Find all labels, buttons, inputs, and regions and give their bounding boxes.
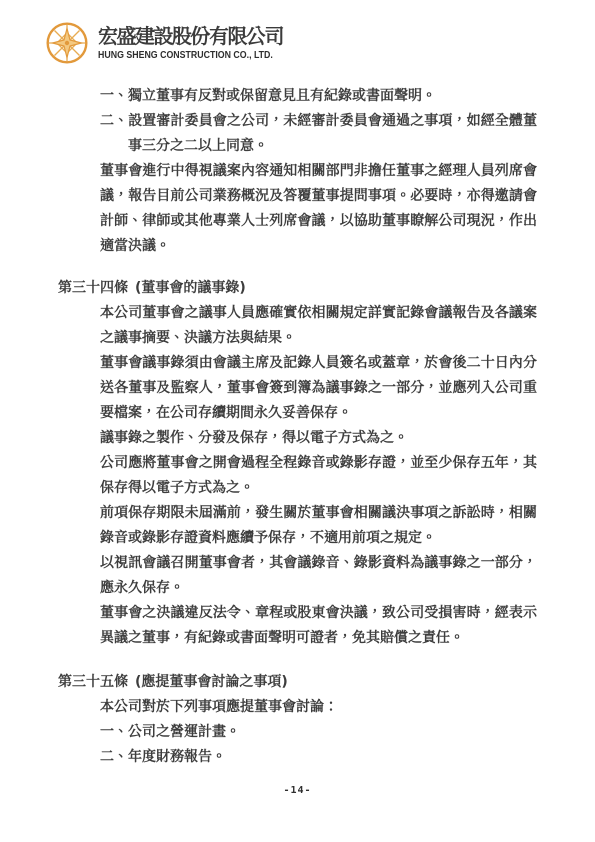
company-name-en: HUNG SHENG CONSTRUCTION CO., LTD. bbox=[98, 50, 273, 61]
article-title: (應提董事會討論之事項) bbox=[135, 674, 288, 690]
list-item: 一、獨立董事有反對或保留意見且有紀錄或書面聲明。 bbox=[100, 84, 537, 109]
article-paragraph: 前項保存期限未屆滿前，發生關於董事會相關議決事項之訴訟時，相關錄音或錄影存證資料… bbox=[100, 501, 537, 551]
article-heading: 第三十四條(董事會的議事錄) bbox=[58, 276, 537, 301]
page-number: -14- bbox=[0, 785, 595, 796]
article-paragraph: 本公司對於下列事項應提董事會討論： bbox=[100, 695, 537, 720]
compass-star-logo-icon bbox=[45, 21, 89, 65]
article-paragraph: 公司應將董事會之開會過程全程錄音或錄影存證，並至少保存五年，其保存得以電子方式為… bbox=[100, 451, 537, 501]
company-names: 宏盛建設股份有限公司 HUNG SHENG CONSTRUCTION CO., … bbox=[98, 24, 297, 61]
article-body: 本公司對於下列事項應提董事會討論： 一、公司之營運計畫。 二、年度財務報告。 bbox=[100, 695, 537, 770]
article-number: 第三十五條 bbox=[58, 674, 128, 690]
article-paragraph: 議事錄之製作、分發及保存，得以電子方式為之。 bbox=[100, 426, 537, 451]
article-34: 第三十四條(董事會的議事錄) 本公司董事會之議事人員應確實依相關規定詳實記錄會議… bbox=[58, 276, 537, 651]
article-paragraph: 董事會之決議違反法令、章程或股東會決議，致公司受損害時，經表示異議之董事，有紀錄… bbox=[100, 601, 537, 651]
document-page: 宏盛建設股份有限公司 HUNG SHENG CONSTRUCTION CO., … bbox=[0, 0, 595, 842]
list-item: 二、年度財務報告。 bbox=[100, 745, 537, 770]
article-paragraph: 董事會議事錄須由會議主席及記錄人員簽名或蓋章，於會後二十日內分送各董事及監察人，… bbox=[100, 351, 537, 426]
company-name-zh: 宏盛建設股份有限公司 bbox=[98, 24, 297, 48]
article-paragraph: 以視訊會議召開董事會者，其會議錄音、錄影資料為議事錄之一部分，應永久保存。 bbox=[100, 551, 537, 601]
list-item: 一、公司之營運計畫。 bbox=[100, 720, 537, 745]
document-body: 一、獨立董事有反對或保留意見且有紀錄或書面聲明。 二、設置審計委員會之公司，未經… bbox=[58, 84, 537, 770]
article-35: 第三十五條(應提董事會討論之事項) 本公司對於下列事項應提董事會討論： 一、公司… bbox=[58, 670, 537, 770]
article-title: (董事會的議事錄) bbox=[135, 280, 246, 296]
list-item: 二、設置審計委員會之公司，未經審計委員會通過之事項，如經全體董事三分之二以上同意… bbox=[100, 109, 537, 159]
article-paragraph: 本公司董事會之議事人員應確實依相關規定詳實記錄會議報告及各議案之議事摘要、決議方… bbox=[100, 301, 537, 351]
continued-clause-block: 一、獨立董事有反對或保留意見且有紀錄或書面聲明。 二、設置審計委員會之公司，未經… bbox=[100, 84, 537, 259]
article-body: 本公司董事會之議事人員應確實依相關規定詳實記錄會議報告及各議案之議事摘要、決議方… bbox=[100, 301, 537, 651]
article-number: 第三十四條 bbox=[58, 280, 128, 296]
article-heading: 第三十五條(應提董事會討論之事項) bbox=[58, 670, 537, 695]
paragraph: 董事會進行中得視議案內容通知相關部門非擔任董事之經理人員列席會議，報告目前公司業… bbox=[100, 159, 537, 259]
letterhead: 宏盛建設股份有限公司 HUNG SHENG CONSTRUCTION CO., … bbox=[45, 21, 297, 65]
